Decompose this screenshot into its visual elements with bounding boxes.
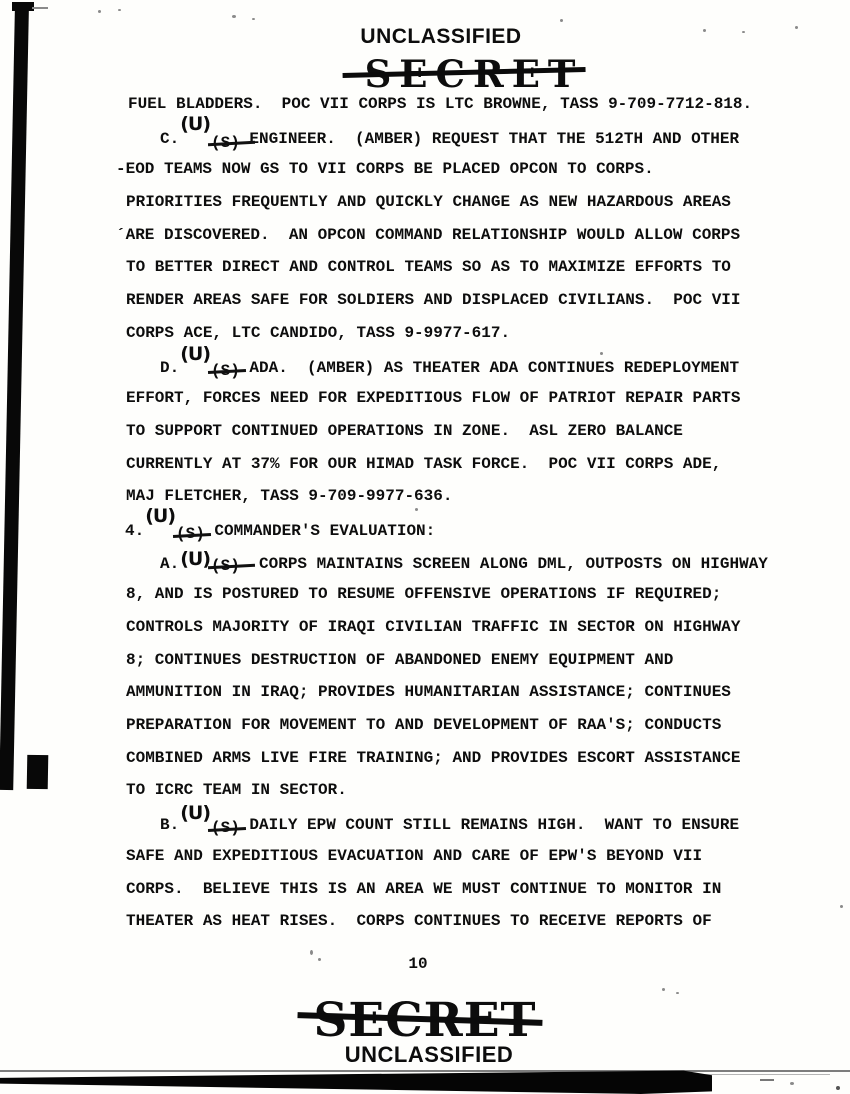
scan-speck <box>232 15 236 18</box>
scan-speck <box>840 905 843 908</box>
handwritten-unclassified-mark: (U) <box>179 338 211 371</box>
struck-secret-mark: (S)- <box>211 550 249 583</box>
document-line: MAJ FLETCHER, TASS 9-709-9977-636. <box>126 480 768 513</box>
scan-speck <box>742 31 745 33</box>
scan-speck <box>790 1082 794 1085</box>
handwritten-unclassified-mark: (U) <box>179 797 211 830</box>
line-text: THEATER AS HEAT RISES. CORPS CONTINUES T… <box>126 912 712 930</box>
document-line: 4.(U)(S) COMMANDER'S EVALUATION: <box>125 513 768 546</box>
scan-artifact-left-bar-head <box>12 2 34 11</box>
document-line: COMBINED ARMS LIVE FIRE TRAINING; AND PR… <box>126 742 768 775</box>
line-text: ENGINEER. (AMBER) REQUEST THAT THE 512TH… <box>249 130 739 148</box>
handwritten-unclassified-mark: (U) <box>179 543 211 576</box>
scan-speck <box>415 508 418 511</box>
classification-footer: UNCLASSIFIED <box>345 1042 514 1068</box>
classification-header: UNCLASSIFIED <box>360 25 521 49</box>
line-text: CONTROLS MAJORITY OF IRAQI CIVILIAN TRAF… <box>126 618 741 636</box>
line-text: CURRENTLY AT 37% FOR OUR HIMAD TASK FORC… <box>126 455 721 473</box>
scan-speck <box>560 19 563 22</box>
line-text: PRIORITIES FREQUENTLY AND QUICKLY CHANGE… <box>126 193 731 211</box>
document-line: PREPARATION FOR MOVEMENT TO AND DEVELOPM… <box>126 709 768 742</box>
handwritten-unclassified-mark: (U) <box>179 108 211 141</box>
struck-secret-mark: (S) <box>211 812 240 845</box>
document-line: TO BETTER DIRECT AND CONTROL TEAMS SO AS… <box>126 251 768 284</box>
document-line: FUEL BLADDERS. POC VII CORPS IS LTC BROW… <box>128 88 768 121</box>
line-text: FUEL BLADDERS. POC VII CORPS IS LTC BROW… <box>128 95 752 113</box>
document-line: PRIORITIES FREQUENTLY AND QUICKLY CHANGE… <box>126 186 768 219</box>
document-line: 8; CONTINUES DESTRUCTION OF ABANDONED EN… <box>126 644 768 677</box>
line-text: COMMANDER'S EVALUATION: <box>205 522 435 540</box>
scan-speck <box>98 10 101 13</box>
scan-speck <box>676 992 679 994</box>
line-text: ADA. (AMBER) AS THEATER ADA CONTINUES RE… <box>240 359 739 377</box>
page-number: 10 <box>408 955 427 973</box>
document-line: ´ARE DISCOVERED. AN OPCON COMMAND RELATI… <box>116 219 768 252</box>
document-line: B.(U)(S) DAILY EPW COUNT STILL REMAINS H… <box>160 807 768 840</box>
line-text: AMMUNITION IN IRAQ; PROVIDES HUMANITARIA… <box>126 683 731 701</box>
document-body: FUEL BLADDERS. POC VII CORPS IS LTC BROW… <box>126 88 768 938</box>
scan-speck <box>760 1079 774 1081</box>
document-line: CORPS. BELIEVE THIS IS AN AREA WE MUST C… <box>126 873 768 906</box>
line-text: DAILY EPW COUNT STILL REMAINS HIGH. WANT… <box>240 816 739 834</box>
paragraph-marker: 4. <box>125 522 144 540</box>
scan-speck <box>318 958 321 961</box>
scan-artifact-bottom-line-2 <box>700 1074 830 1075</box>
line-text: TO ICRC TEAM IN SECTOR. <box>126 781 347 799</box>
line-text: EFFORT, FORCES NEED FOR EXPEDITIOUS FLOW… <box>126 389 741 407</box>
paragraph-marker: A. <box>160 555 179 573</box>
document-line: CONTROLS MAJORITY OF IRAQI CIVILIAN TRAF… <box>126 611 768 644</box>
document-line: RENDER AREAS SAFE FOR SOLDIERS AND DISPL… <box>126 284 768 317</box>
handwritten-unclassified-mark: (U) <box>144 500 176 533</box>
line-text: CORPS. BELIEVE THIS IS AN AREA WE MUST C… <box>126 880 721 898</box>
scan-speck <box>118 9 121 11</box>
line-text: 8, AND IS POSTURED TO RESUME OFFENSIVE O… <box>126 585 721 603</box>
scan-speck <box>32 7 48 9</box>
document-line: A.(U)(S)- CORPS MAINTAINS SCREEN ALONG D… <box>160 546 768 579</box>
scan-speck <box>600 352 603 355</box>
scan-artifact-left-bar-blob <box>27 755 49 789</box>
document-line: D.(U)(S) ADA. (AMBER) AS THEATER ADA CON… <box>160 350 768 383</box>
document-line: AMMUNITION IN IRAQ; PROVIDES HUMANITARIA… <box>126 676 768 709</box>
struck-secret-mark: (S)- <box>211 127 249 160</box>
scan-artifact-left-bar <box>0 3 29 790</box>
scan-speck <box>795 26 798 29</box>
line-text: PREPARATION FOR MOVEMENT TO AND DEVELOPM… <box>126 716 721 734</box>
line-text: COMBINED ARMS LIVE FIRE TRAINING; AND PR… <box>126 749 741 767</box>
scan-speck <box>310 950 313 955</box>
document-line: CURRENTLY AT 37% FOR OUR HIMAD TASK FORC… <box>126 448 768 481</box>
struck-secret-mark: (S) <box>211 355 240 388</box>
line-text: CORPS MAINTAINS SCREEN ALONG DML, OUTPOS… <box>249 555 767 573</box>
scan-speck <box>662 988 665 991</box>
document-line: C.(U)(S)-ENGINEER. (AMBER) REQUEST THAT … <box>160 121 768 154</box>
secret-stamp-bottom: SECRET <box>313 993 536 1048</box>
line-text: RENDER AREAS SAFE FOR SOLDIERS AND DISPL… <box>126 291 741 309</box>
document-line: CORPS ACE, LTC CANDIDO, TASS 9-9977-617. <box>126 317 768 350</box>
document-line: TO SUPPORT CONTINUED OPERATIONS IN ZONE.… <box>126 415 768 448</box>
line-text: SAFE AND EXPEDITIOUS EVACUATION AND CARE… <box>126 847 702 865</box>
line-text: ´ARE DISCOVERED. AN OPCON COMMAND RELATI… <box>116 226 740 244</box>
paragraph-marker: D. <box>160 359 179 377</box>
paragraph-marker: C. <box>160 130 179 148</box>
document-line: TO ICRC TEAM IN SECTOR. <box>126 774 768 807</box>
scanned-document-page: UNCLASSIFIED SECRET FUEL BLADDERS. POC V… <box>0 0 850 1094</box>
document-line: 8, AND IS POSTURED TO RESUME OFFENSIVE O… <box>126 578 768 611</box>
scan-speck <box>836 1086 840 1090</box>
line-text: -EOD TEAMS NOW GS TO VII CORPS BE PLACED… <box>116 160 654 178</box>
scan-speck <box>252 18 255 20</box>
document-line: THEATER AS HEAT RISES. CORPS CONTINUES T… <box>126 905 768 938</box>
line-text: 8; CONTINUES DESTRUCTION OF ABANDONED EN… <box>126 651 673 669</box>
paragraph-marker: B. <box>160 816 179 834</box>
line-text: TO BETTER DIRECT AND CONTROL TEAMS SO AS… <box>126 258 731 276</box>
scan-artifact-bottom-line <box>0 1070 850 1072</box>
scan-speck <box>703 29 706 32</box>
line-text: TO SUPPORT CONTINUED OPERATIONS IN ZONE.… <box>126 422 683 440</box>
